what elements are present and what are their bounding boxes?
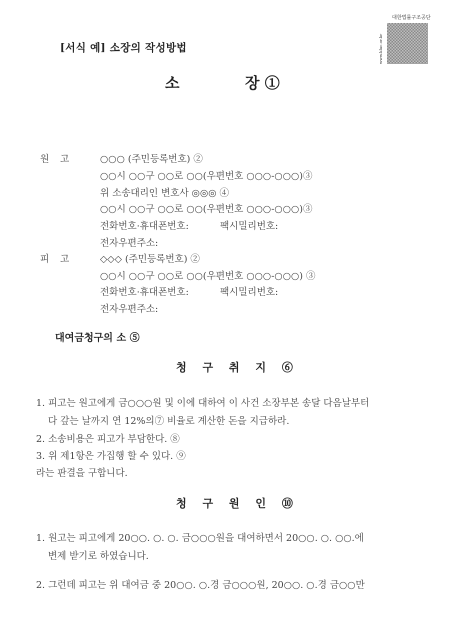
document-title-part1: 소 bbox=[165, 72, 180, 93]
claim-purpose-item-1: 1. 피고는 원고에게 금○○○원 및 이에 대하여 이 사건 소장부본 송달 … bbox=[36, 395, 369, 409]
plaintiff-name: ○○○ (주민등록번호) ② bbox=[100, 151, 203, 165]
claim-cause-item-1-cont: 변제 받기로 하였습니다. bbox=[48, 548, 149, 562]
defendant-name: ◇◇◇ (주민등록번호) ② bbox=[100, 251, 200, 265]
claim-purpose-closing: 라는 판결을 구합니다. bbox=[36, 465, 128, 479]
defendant-fax-label: 팩시밀리번호: bbox=[220, 284, 278, 298]
claim-purpose-item-2: 2. 소송비용은 피고가 부담한다. ⑧ bbox=[36, 431, 180, 445]
plaintiff-address: ○○시 ○○구 ○○로 ○○(우편번호 ○○○-○○○)③ bbox=[100, 168, 313, 182]
claim-purpose-title: 청 구 취 지 ⑥ bbox=[176, 359, 299, 375]
claim-purpose-item-1-cont: 다 갚는 날까지 연 12%의⑦ 비율로 계산한 돈을 지급하라. bbox=[48, 413, 289, 427]
defendant-address: ○○시 ○○구 ○○로 ○○(우편번호 ○○○-○○○) ③ bbox=[100, 268, 316, 282]
qr-code: 대한법률구조공단 www.klac.or.kr bbox=[378, 14, 428, 64]
claim-cause-item-2: 2. 그런데 피고는 위 대여금 중 20○○. ○.경 금○○○원, 20○○… bbox=[36, 577, 365, 591]
plaintiff-attorney: 위 소송대리인 변호사 ◎◎◎ ④ bbox=[100, 185, 229, 199]
defendant-label-1: 피 bbox=[40, 251, 49, 265]
claim-cause-title: 청 구 원 인 ⑩ bbox=[176, 495, 299, 511]
case-name: 대여금청구의 소 ⑤ bbox=[55, 329, 140, 344]
claim-purpose-item-3: 3. 위 제1항은 가집행 할 수 있다. ⑨ bbox=[36, 448, 186, 462]
plaintiff-attorney-address: ○○시 ○○구 ○○로 ○○(우편번호 ○○○-○○○)③ bbox=[100, 201, 313, 215]
claim-cause-item-1: 1. 원고는 피고에게 20○○. ○. ○. 금○○○원을 대여하면서 20○… bbox=[36, 530, 364, 544]
form-label: [서식 예] 소장의 작성방법 bbox=[60, 40, 187, 55]
qr-pattern bbox=[387, 23, 428, 64]
defendant-phone-label: 전화번호·휴대폰번호: bbox=[100, 284, 189, 298]
document-title-part2: 장 ① bbox=[245, 72, 280, 93]
defendant-label-2: 고 bbox=[60, 251, 69, 265]
plaintiff-phone-label: 전화번호·휴대폰번호: bbox=[100, 218, 189, 232]
plaintiff-label-1: 원 bbox=[40, 151, 49, 165]
plaintiff-fax-label: 팩시밀리번호: bbox=[220, 218, 278, 232]
plaintiff-email-label: 전자우편주소: bbox=[100, 235, 158, 249]
defendant-email-label: 전자우편주소: bbox=[100, 301, 158, 315]
qr-side-text: www.klac.or.kr bbox=[378, 22, 386, 64]
plaintiff-label-2: 고 bbox=[60, 151, 69, 165]
